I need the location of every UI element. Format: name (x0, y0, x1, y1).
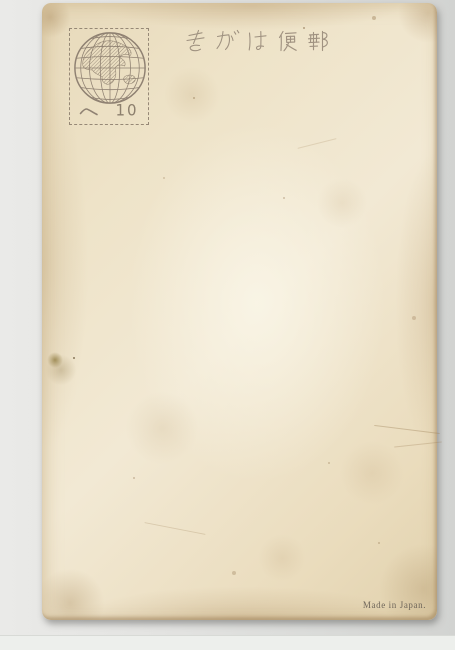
foxing-specks (73, 357, 75, 359)
globe-eastern-hemisphere-icon (71, 29, 149, 107)
made-in-japan-label: Made in Japan. (332, 600, 455, 610)
postcard-header-text: きがは便郵 (183, 29, 341, 60)
scratch-mark (297, 138, 336, 149)
scanner-edge-strip (0, 635, 455, 650)
stamp-denomination: 10 (70, 101, 148, 119)
scratch-mark (144, 522, 205, 535)
katakana-he-glyph (79, 105, 99, 116)
postcard-back: 10 きがは便郵 (42, 3, 437, 620)
stamp-denomination-value: 10 (115, 101, 138, 120)
scratch-mark (374, 425, 440, 434)
scratch-mark (394, 441, 442, 447)
scanner-background: 10 きがは便郵 (0, 0, 455, 650)
header-glyphs-drawing (183, 29, 341, 55)
stamp-box: 10 (69, 28, 149, 125)
